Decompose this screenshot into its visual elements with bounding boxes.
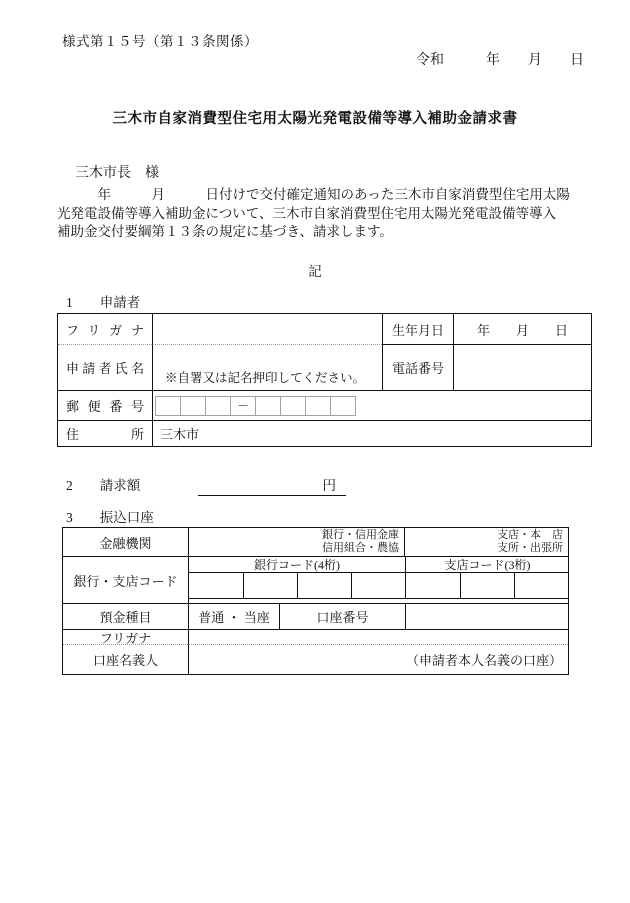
branch-type-cell: 支店・本 店 支所・出張所 xyxy=(404,528,568,556)
institution-label-cell: 金融機関 xyxy=(63,528,188,556)
postal-digit-box xyxy=(330,396,356,416)
birthdate-value: 年 月 日 xyxy=(477,320,568,339)
holder-value-cell: （申請者本人名義の口座） xyxy=(188,644,568,674)
section3-heading: 3 振込口座 xyxy=(66,506,154,526)
bank-account-table: 金融機関 銀行・信用金庫 信用組合・農協 支店・本 店 支所・出張所 銀行・支店… xyxy=(62,527,569,675)
holder-label: 口座名義人 xyxy=(93,650,158,669)
address-label: 住所 xyxy=(58,424,152,443)
section2-heading: 2 請求額 xyxy=(66,474,140,494)
amount-blank-line: 円 xyxy=(198,474,346,496)
furigana-label: フリガナ xyxy=(58,320,152,339)
era-date-line: 令和 年 月 日 xyxy=(416,49,584,69)
postal-digit-box xyxy=(205,396,231,416)
body-line: 年 月 日付けで交付確定通知のあった三木市自家消費型住宅用太陽 xyxy=(57,186,579,205)
bank-type-line1: 銀行・信用金庫 xyxy=(322,529,399,542)
address-label-cell: 住所 xyxy=(58,420,152,446)
addressee: 三木市長 様 xyxy=(75,162,159,182)
body-line: 補助金交付要綱第１３条の規定に基づき、請求します。 xyxy=(57,223,579,242)
account-number-label: 口座番号 xyxy=(279,604,405,629)
yen-unit: 円 xyxy=(323,478,337,493)
postal-value-cell: － xyxy=(152,390,591,420)
furigana-label-cell: フリガナ xyxy=(58,314,152,344)
branch-code-box xyxy=(514,573,569,598)
bank-code-box xyxy=(351,573,405,598)
deposit-row-area: 普通 ・ 当座 口座番号 xyxy=(188,603,568,629)
birthdate-label: 生年月日 xyxy=(392,320,444,339)
postal-digit-box xyxy=(255,396,281,416)
postal-digit-box xyxy=(180,396,206,416)
postal-digit-box xyxy=(305,396,331,416)
branch-code-box xyxy=(460,573,515,598)
document-title: 三木市自家消費型住宅用太陽光発電設備等導入補助金請求書 xyxy=(0,107,630,128)
postal-dash-box: － xyxy=(230,396,256,416)
body-paragraph: 年 月 日付けで交付確定通知のあった三木市自家消費型住宅用太陽 光発電設備等導入… xyxy=(57,186,579,242)
furigana-value-cell xyxy=(152,314,382,344)
deposit-label-cell: 預金種目 xyxy=(63,603,188,629)
phone-value-cell xyxy=(453,344,591,390)
bank-type-cell: 銀行・信用金庫 信用組合・農協 xyxy=(188,528,404,556)
code-entry-area: 銀行コード(4桁) 支店コード(3桁) xyxy=(188,556,568,603)
account-number-value-cell xyxy=(405,604,568,629)
phone-label: 電話番号 xyxy=(392,358,444,377)
form-number: 様式第１５号（第１３条関係） xyxy=(62,30,258,50)
code-label: 銀行・支店コード xyxy=(73,571,177,590)
address-value-cell: 三木市 xyxy=(152,420,591,446)
branch-type-line2: 支所・出張所 xyxy=(497,542,563,555)
postal-digit-box xyxy=(155,396,181,416)
body-line: 光発電設備等導入補助金について、三木市自家消費型住宅用太陽光発電設備等導入 xyxy=(57,205,579,224)
bank-code-box xyxy=(297,573,351,598)
address-value: 三木市 xyxy=(160,424,199,443)
account-furigana-label-cell: フリガナ xyxy=(63,629,188,644)
applicant-name-label: 申請者氏名 xyxy=(58,358,152,377)
institution-label: 金融機関 xyxy=(99,533,151,552)
signature-note: ※自署又は記名押印してください。 xyxy=(165,368,365,386)
applicant-table: フリガナ 生年月日 年 月 日 申請者氏名 ※自署又は記名押印してください。 電… xyxy=(57,313,592,447)
postal-label: 郵便番号 xyxy=(58,396,152,415)
branch-code-header: 支店コード(3桁) xyxy=(405,557,569,573)
section1-heading: 1 申請者 xyxy=(66,291,140,311)
holder-label-cell: 口座名義人 xyxy=(63,644,188,674)
deposit-options: 普通 ・ 当座 xyxy=(189,604,279,629)
applicant-name-label-cell: 申請者氏名 xyxy=(58,344,152,390)
deposit-label: 預金種目 xyxy=(99,607,151,626)
bank-code-box xyxy=(243,573,297,598)
bank-code-header: 銀行コード(4桁) xyxy=(189,557,405,573)
birthdate-label-cell: 生年月日 xyxy=(382,314,453,344)
ki-marker: 記 xyxy=(0,260,630,280)
postal-label-cell: 郵便番号 xyxy=(58,390,152,420)
applicant-name-value-cell: ※自署又は記名押印してください。 xyxy=(152,344,382,390)
bank-code-box xyxy=(189,573,243,598)
postal-digit-box xyxy=(280,396,306,416)
holder-note: （申請者本人名義の口座） xyxy=(189,650,568,669)
branch-type-line1: 支店・本 店 xyxy=(497,529,563,542)
branch-code-box xyxy=(405,573,460,598)
birthdate-value-cell: 年 月 日 xyxy=(453,314,591,344)
phone-label-cell: 電話番号 xyxy=(382,344,453,390)
document-page: 様式第１５号（第１３条関係） 令和 年 月 日 三木市自家消費型住宅用太陽光発電… xyxy=(0,0,630,903)
code-boxes-row xyxy=(189,573,569,599)
bank-type-line2: 信用組合・農協 xyxy=(322,542,399,555)
account-furigana-value-cell xyxy=(188,629,568,644)
code-label-cell: 銀行・支店コード xyxy=(63,556,188,603)
